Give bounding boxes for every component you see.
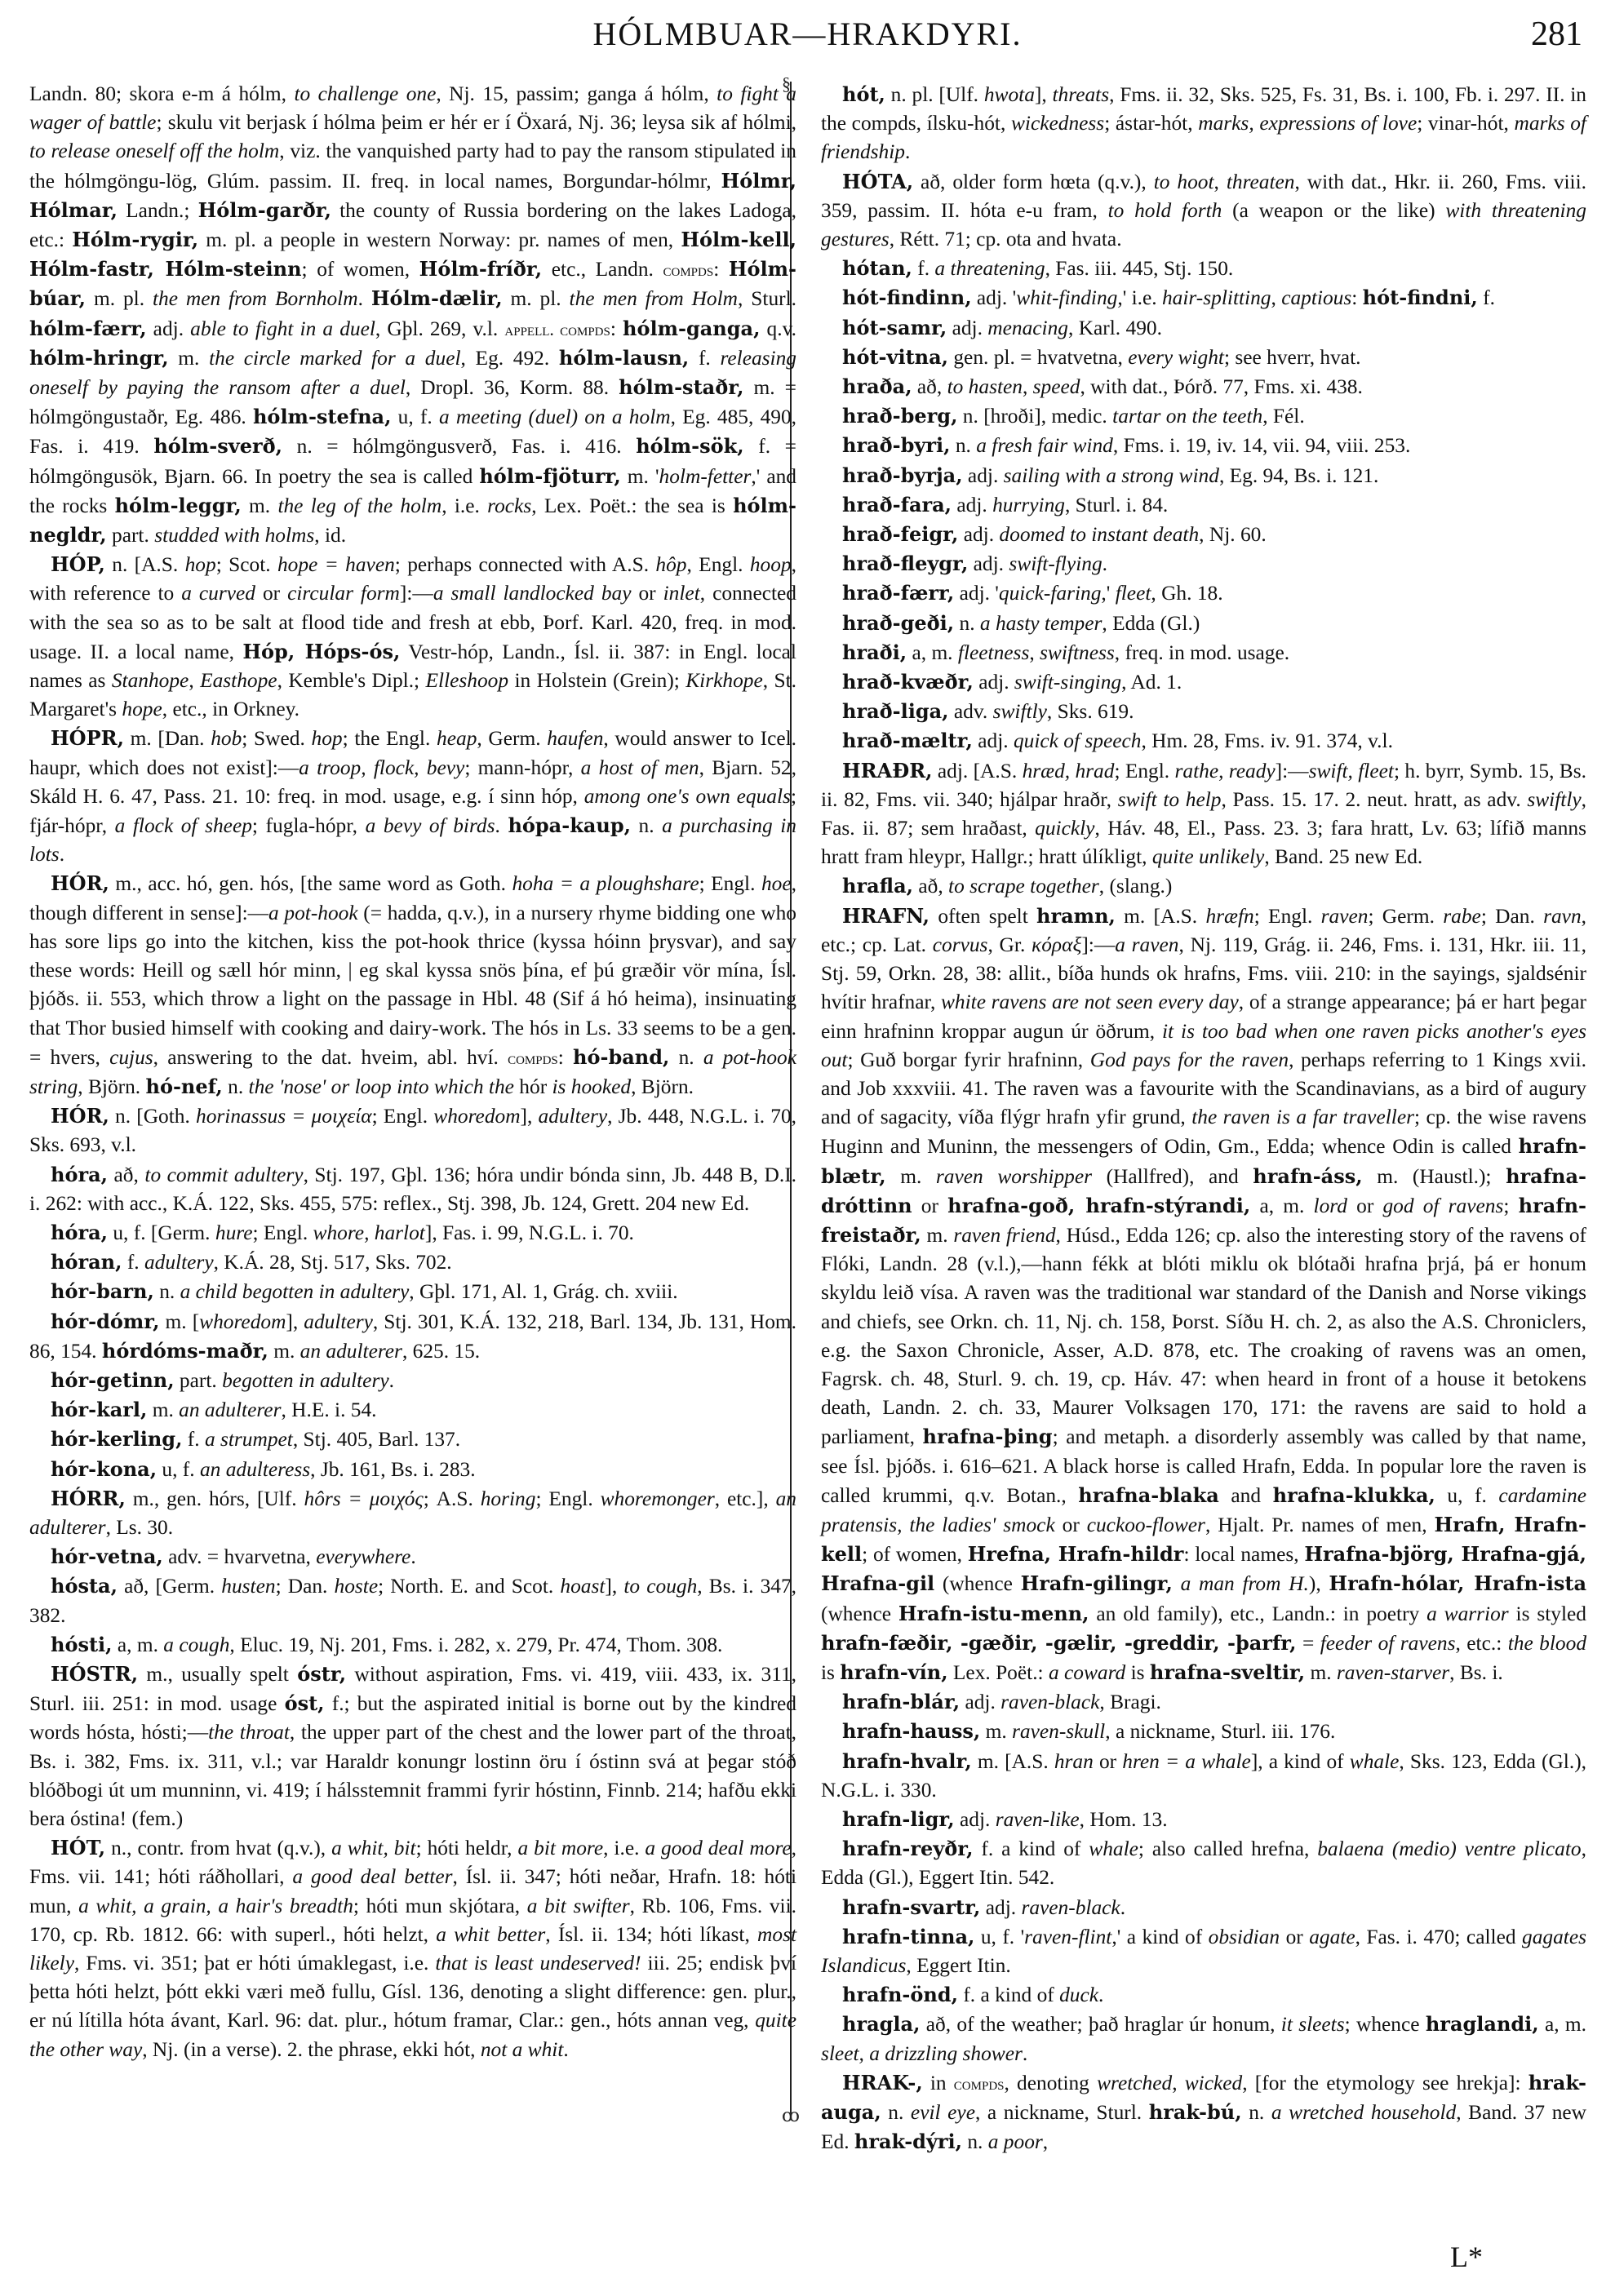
headword: hólm-hringr, [29,346,169,370]
definition-text: corvus [933,933,988,956]
definition-text: speed [1033,375,1080,398]
headword: hór-dómr, [51,1310,160,1333]
definition-text: a child begotten in adultery [180,1280,410,1303]
definition-text: hurrying [992,494,1065,516]
headword: hólm-færr, [29,317,147,340]
headword: hrafna-blaka [1078,1483,1219,1507]
headword: hólm-sverð, [153,434,282,458]
dictionary-entry: hrað-berg, n. [hroði], medic. tartar on … [821,401,1586,431]
entry-text: ; Germ. [1368,905,1443,928]
dictionary-entry: HÓP, n. [A.S. hop; Scot. hope = haven; p… [29,550,796,724]
entry-text: , Gþl. 171, Al. 1, Grág. ch. xviii. [409,1280,677,1303]
dictionary-entry: Landn. 80; skora e-m á hólm, to challeng… [29,80,796,550]
entry-text: ; Engl. [535,1487,600,1510]
entry-text: is styled [1509,1602,1586,1625]
entry-text: adj. [947,317,987,339]
entry-text: ; North. E. and Scot. [378,1575,560,1598]
headword: hrað-fleygr, [842,552,968,575]
definition-text: god of ravens [1382,1195,1503,1217]
entry-text: , Eluc. 19, Nj. 201, Fms. i. 282, x. 279… [229,1633,722,1656]
entry-text: f. [122,1251,144,1274]
definition-text: hoe [761,872,792,895]
headword: HÓT, [51,1836,105,1859]
dictionary-entry: hrafn-blár, adj. raven-black, Bragi. [821,1687,1586,1717]
entry-text: , freq. in mod. usage. [1115,641,1289,664]
definition-text: whore, harlot [313,1221,425,1244]
entry-text: m. [147,1398,179,1421]
definition-text: quite unlikely [1152,845,1264,868]
dictionary-entry: HRAÐR, adj. [A.S. hræd, hrad; Engl. rath… [821,756,1586,872]
entry-text: Landn.; [118,199,198,222]
entry-text: , H.E. i. 54. [281,1398,376,1421]
entry-text: ; Engl. [372,1105,434,1128]
headword: hrak-dýri, [854,2130,962,2153]
entry-text: . [389,1369,394,1392]
definition-text: is hooked [552,1075,632,1098]
entry-text: adv. = hvarvetna, [163,1545,317,1568]
entry-text: n. [881,2101,911,2124]
definition-text: captious [1281,286,1351,309]
definition-text: raven [1321,905,1369,928]
entry-text: . [905,140,910,163]
headword: hrafn-tinna, [842,1925,974,1948]
headword: hrað-kvæðr, [842,670,974,694]
definition-text: hôrs = μοιχός [304,1487,424,1510]
entry-text: an old family), etc., Landn.: in poetry [1089,1602,1427,1625]
definition-text: hoste [335,1575,379,1598]
dictionary-entry: hrað-mæltr, adj. quick of speech, Hm. 28… [821,726,1586,756]
entry-text: is [821,1661,840,1684]
entry-text: n. [154,1280,180,1303]
entry-text: compds [663,259,713,280]
headword: hó-nef, [146,1075,223,1098]
headword: hósta, [51,1574,118,1598]
definition-text: hwota [984,83,1035,106]
entry-text: q.v. [760,317,796,340]
dictionary-entry: hótan, f. a threatening, Fas. iii. 445, … [821,254,1586,283]
entry-text: n. [A.S. [105,553,185,576]
headword: hót, [842,82,885,106]
definition-text: not a whit [481,2038,564,2061]
entry-text: , id. [314,524,346,547]
definition-text: horing [481,1487,536,1510]
headword: hóran, [51,1250,122,1274]
definition-text: swift-singing [1014,671,1121,694]
entry-text: , Fas. iii. 445, Stj. 150. [1045,257,1234,280]
headword: hór-karl, [51,1398,147,1421]
definition-text: a man from H. [1181,1572,1309,1595]
headword: hramn, [1036,904,1116,928]
entry-text: . [1098,1984,1103,2006]
definition-text: a bevy of birds [366,814,495,837]
headword: hrafn-fæðir, -gæðir, -gælir, -greddir, -… [821,1631,1297,1655]
entry-text: appell. compds [504,319,610,339]
definition-text: haufen [547,727,603,750]
entry-text: m. [A.S. [972,1750,1054,1773]
definition-text: quickly [1035,817,1094,840]
entry-text: part. [107,524,155,547]
right-column: hót, n. pl. [Ulf. hwota], threats, Fms. … [821,80,1586,2156]
entry-text: ; Dan. [1481,905,1543,928]
headword: Hrafn-gilingr, [1021,1571,1173,1595]
definition-text: hob [211,727,242,750]
headword: hót-samr, [842,316,947,339]
entry-text: ], [521,1105,539,1128]
entry-text: , Fms. i. 19, iv. 14, vii. 94, viii. 253… [1113,434,1410,457]
definition-text: a good deal better [292,1865,452,1888]
entry-text: n. = hólmgöngusverð, Fas. i. 416. [282,435,636,458]
headword: hrað-mæltr, [842,729,973,752]
dictionary-entry: hrað-byrja, adj. sailing with a strong w… [821,461,1586,490]
entry-text: , Bragi. [1099,1691,1160,1713]
entry-text: , Fms. vi. 351; þat er hóti úmaklegast, … [74,1952,435,1975]
definition-text: whoremonger [601,1487,715,1510]
entry-text: . [60,843,64,866]
definition-text: hræfn [1205,905,1253,928]
headword: hólm-fjöturr, [479,464,620,488]
entry-text: , (slang.) [1099,875,1173,898]
headword: hrafna-klukka, [1273,1483,1435,1507]
definition-text: raven-starver [1337,1661,1449,1684]
entry-text: a, m. [113,1633,164,1656]
entry-text: f. a kind of [958,1984,1059,2006]
entry-text: in [923,2072,954,2094]
definition-text: whale [1350,1750,1400,1773]
entry-text: or [1347,1195,1383,1217]
entry-text: m. ' [621,465,659,488]
dictionary-entry: hrafn-svartr, adj. raven-black. [821,1893,1586,1922]
headword: HRAK-, [842,2071,923,2094]
definition-text: threaten [1227,171,1295,193]
entry-text: ; Dan. [276,1575,335,1598]
entry-text: , [1029,641,1040,664]
definition-text: rabe [1443,905,1481,928]
running-header: HÓLMBUAR—HRAKDYRI. 281 [0,15,1615,64]
headword: hólm-staðr, [619,375,743,399]
entry-text: m. [1305,1661,1337,1684]
entry-text: , Sturl. [738,287,796,310]
definition-text: tartar on the teeth [1112,405,1262,428]
definition-text: to scrape together [948,875,1099,898]
definition-text: a meeting (duel) on a holm [439,406,671,428]
entry-text: , Hjalt. Pr. names of men, [1205,1514,1435,1536]
entry-text: , etc., in Orkney. [162,698,299,720]
definition-text: whit-finding [1016,286,1117,309]
entry-text: , [189,669,200,692]
definition-text: wickedness [1011,112,1104,135]
headword: hraglandi, [1426,2012,1539,2036]
definition-text: whale [1089,1837,1138,1860]
entry-text: = [1297,1632,1320,1655]
entry-text: , a nickname, Sturl. [975,2101,1149,2124]
definition-text: a small landlocked bay [433,582,632,605]
entry-text: is [1125,1661,1150,1684]
definition-text: marks, expressions of love [1198,112,1417,135]
headword: hrafn-önd, [842,1983,958,2006]
dictionary-entry: hrað-byri, n. a fresh fair wind, Fms. i.… [821,431,1586,460]
entry-text: m. [268,1340,300,1363]
headword: HÓTA, [842,170,913,193]
entry-text: , Lex. Poët.: the sea is [531,494,733,517]
dictionary-entry: hór-kerling, f. a strumpet, Stj. 405, Ba… [29,1425,796,1454]
entry-text: part. [175,1369,223,1392]
headword: HRAFN, [842,904,930,928]
definition-text: the throat [208,1721,290,1744]
definition-text: hop [185,553,216,576]
entry-text: , 625. 15. [402,1340,480,1363]
definition-text: studded with holms [154,524,314,547]
dictionary-entry: hrað-liga, adv. swiftly, Sks. 619. [821,697,1586,726]
entry-text: or [1055,1514,1087,1536]
definition-text: swift-flying [1009,552,1102,575]
definition-text: swift, fleet [1309,760,1394,782]
entry-text: u, f. [157,1458,200,1481]
definition-text: a fresh fair wind [976,434,1113,457]
entry-text: að, [Germ. [118,1575,221,1598]
entry-text: ], a kind of [1251,1750,1350,1773]
definition-text: a whit, bit [331,1837,415,1859]
entry-text: m. [ [160,1310,200,1333]
definition-text: Elleshoop [426,669,509,692]
entry-text: , Ísl. ii. 134; hóti líkast, [545,1923,757,1946]
definition-text: an adulteress [200,1458,310,1481]
definition-text: whoredom [433,1105,520,1128]
dictionary-entry: hrafla, að, to scrape together, (slang.) [821,871,1586,901]
headword: hrað-fara, [842,493,952,516]
definition-text: hop [312,727,343,750]
entry-text: ; Engl. [699,872,761,895]
entry-text: n. [954,612,980,635]
entry-text: (whence [934,1572,1020,1595]
dictionary-entry: hrafn-hauss, m. raven-skull, a nickname,… [821,1717,1586,1746]
entry-text: ], [1035,83,1053,106]
entry-text: ; mann-hópr, [464,756,580,779]
headword: HÓP, [51,552,105,576]
dictionary-entry: hór-karl, m. an adulterer, H.E. i. 54. [29,1395,796,1425]
entry-text: n. [223,1075,249,1098]
entry-text: f. [912,257,935,280]
entry-text: adj. [974,671,1014,694]
entry-text: a, m. [1250,1195,1313,1217]
dictionary-entry: hrafn-tinna, u, f. 'raven-flint,' a kind… [821,1922,1586,1980]
entry-text: n. [631,814,662,837]
definition-text: duck [1059,1984,1098,2006]
entry-text: u, f. [1435,1484,1498,1507]
definition-text: horinassus = μοιχεία [196,1105,372,1128]
entry-text: . [1023,2042,1027,2065]
entry-text: adj. [955,1808,996,1831]
headword: hrafn-blár, [842,1690,960,1713]
headword: hrafn-reyðr, [842,1837,974,1860]
dictionary-entry: hrað-feigr, adj. doomed to instant death… [821,520,1586,549]
entry-text: ; [1503,1195,1518,1217]
definition-text: sleet, a drizzling shower [821,2042,1023,2065]
dictionary-entry: HÓT, n., contr. from hvat (q.v.), a whit… [29,1833,796,2064]
entry-text: ; see hverr, hvat. [1224,346,1360,369]
entry-text: often spelt [930,905,1036,928]
entry-text: , with dat., Þórð. 77, Fms. xi. 438. [1080,375,1362,398]
definition-text: to cough [623,1575,697,1598]
definition-text: cuckoo-flower [1087,1514,1205,1536]
definition-text: to commit adultery [144,1164,303,1186]
entry-text: u, f. [Germ. [108,1221,215,1244]
entry-text: adj. [963,464,1004,487]
dictionary-entry: hór-barn, n. a child begotten in adulter… [29,1277,796,1306]
entry-text: , Fas. i. 470; called [1355,1926,1522,1948]
entry-text: m. [921,1224,954,1247]
headword: HÓSTR, [51,1662,138,1686]
definition-text: wretched [1097,2072,1172,2094]
entry-text: , a nickname, Sturl. iii. 176. [1105,1720,1335,1743]
definition-text: inlet [663,582,700,605]
dictionary-entry: hrað-geði, n. a hasty temper, Edda (Gl.) [821,609,1586,638]
headword: HÓR, [51,1104,109,1128]
entry-text: : [610,317,623,340]
definition-text: a bit swifter [527,1895,630,1917]
definition-text: a cough [163,1633,229,1656]
headword: hraða, [842,375,912,398]
headword: hóra, [51,1163,108,1186]
entry-text: , etc.], [715,1487,776,1510]
headword: hrafn-svartr, [842,1895,980,1919]
headword: hrað-færr, [842,581,954,605]
entry-text: ; fugla-hópr, [252,814,366,837]
dictionary-entry: HÓTA, að, older form hœta (q.v.), to hoo… [821,167,1586,255]
entry-text: , Sks. 619. [1047,700,1134,723]
headword: hólm-stefna, [253,405,391,428]
entry-text: adj. [980,1896,1021,1919]
definition-text: a bit more [517,1837,603,1859]
entry-text: . [1120,1896,1125,1919]
headword: hólm-sök, [636,434,743,458]
entry-text: , answering to the dat. hveim, abl. hví. [153,1046,508,1069]
entry-text: ,' i.e. [1117,286,1162,309]
definition-text: sailing with a strong wind [1004,464,1219,487]
definition-text: the blood [1508,1632,1586,1655]
entry-text: , Band. 25 new Ed. [1264,845,1422,868]
dictionary-entry: HÓR, m., acc. hó, gen. hós, [the same wo… [29,869,796,1101]
entry-text: m. pl. a people in western Norway: pr. n… [198,228,681,251]
definition-text: a strumpet [205,1428,293,1451]
headword: hrað-byri, [842,433,950,457]
dictionary-entry: hraði, a, m. fleetness, swiftness, freq.… [821,638,1586,667]
entry-text: , Nj. 60. [1199,523,1267,546]
entry-text: , Hm. 28, Fms. iv. 91. 374, v.l. [1141,729,1392,752]
entry-text: gen. pl. = hvatvetna, [948,346,1128,369]
entry-text: adj. [968,552,1009,575]
definition-text: hoha = a ploughshare [512,872,699,895]
entry-text: adj. [960,1691,1001,1713]
entry-text: ; Swed. [242,727,311,750]
dictionary-entry: hór-vetna, adv. = hvarvetna, everywhere. [29,1542,796,1571]
headword: óst, [285,1691,325,1715]
dictionary-entry: HRAK-, in compds, denoting wretched, wic… [821,2068,1586,2157]
entry-text: ,' [1101,582,1115,605]
entry-text: , Sturl. i. 84. [1065,494,1168,516]
entry-text: , K.Á. 28, Stj. 517, Sks. 702. [214,1251,452,1274]
definition-text: husten [221,1575,275,1598]
entry-text: compds [954,2073,1005,2094]
definition-text: raven-like [996,1808,1080,1831]
definition-text: God pays for the raven [1090,1048,1289,1071]
dictionary-entry: hór-getinn, part. begotten in adultery. [29,1366,796,1395]
definition-text: hoast [560,1575,605,1598]
entry-text: , Dropl. 36, Korm. 88. [406,376,619,399]
headword: hópa-kaup, [508,813,631,837]
entry-text: , Ls. 30. [106,1516,174,1539]
definition-text: hôp [655,553,686,576]
entry-text: , Eggert Itin. [906,1954,1010,1977]
definition-text: a threatening [934,257,1045,280]
entry-text: n. [Goth. [109,1105,196,1128]
dictionary-entry: hóra, u, f. [Germ. hure; Engl. whore, ha… [29,1218,796,1248]
headword: hrað-liga, [842,699,949,723]
definition-text: a troop, flock, bevy [299,756,464,779]
headword: Hóp, Hóps-ós, [242,640,400,663]
definition-text: to challenge one [294,82,436,105]
entry-text: . [495,814,508,837]
left-column: Landn. 80; skora e-m á hólm, to challeng… [29,80,796,2064]
dictionary-entry: hót-findinn, adj. 'whit-finding,' i.e. h… [821,283,1586,312]
definition-text: hope [122,698,162,720]
entry-text: , Pass. 15. 17. 2. neut. hratt, as adv. [1221,788,1527,811]
entry-text: or [255,582,287,605]
entry-text: að, [108,1164,144,1186]
definition-text: whoredom [199,1310,286,1333]
definition-text: feeder of ravens [1320,1632,1456,1655]
dictionary-entry: hóra, að, to commit adultery, Stj. 197, … [29,1160,796,1218]
dictionary-entry: HRAFN, often spelt hramn, m. [A.S. hræfn… [821,902,1586,1687]
entry-text: , [1172,2072,1185,2094]
entry-text: , Gr. [987,933,1032,956]
entry-text: , Fél. [1262,405,1305,428]
entry-text: or [632,582,663,605]
dictionary-entry: hrað-fara, adj. hurrying, Sturl. i. 84. [821,490,1586,520]
headword: hólm-leggr, [115,494,242,517]
definition-text: to hoot [1154,171,1214,193]
entry-text: að, [913,875,948,898]
headword: hórdóms-maðr, [102,1339,268,1363]
entry-text: ], Fas. i. 99, N.G.L. i. 70. [425,1221,634,1244]
headword: Hrafn-hólar, Hrafn-ista [1329,1571,1586,1595]
definition-text: doomed to instant death [999,523,1199,546]
headword: hrað-berg, [842,404,957,428]
headword: hrafna-sveltir, [1150,1660,1305,1684]
entry-text: Lex. Poët.: [948,1661,1049,1684]
headword: hór-vetna, [51,1545,163,1568]
entry-text: , Nj. (in a verse). 2. the phrase, ekki … [142,2038,481,2061]
definition-text: ravn [1543,905,1582,928]
definition-text: it sleets [1281,2013,1345,2036]
definition-text: white ravens are not seen every day [941,991,1239,1013]
entry-text: adj. [958,523,999,546]
headword: HÓR, [51,871,109,895]
headword: hrafna-goð, hrafn-stýrandi, [947,1194,1250,1217]
definition-text: swiftly [993,700,1047,723]
definition-text: holm-fetter [659,465,752,488]
headword: hót-vitna, [842,345,948,369]
entry-text: . [410,1545,415,1568]
entry-text: , Karl. 490. [1068,317,1162,339]
entry-text: ; hóti heldr, [416,1837,518,1859]
entry-text: compds [508,1048,558,1068]
definition-text: adultery [144,1251,214,1274]
entry-text: (a weapon or the like) [1222,199,1445,222]
entry-text: , Nj. 15, passim; ganga á hólm, [436,82,717,105]
entry-text: , Gþl. 269, v.l. [375,317,504,340]
dictionary-entry: hót, n. pl. [Ulf. hwota], threats, Fms. … [821,80,1586,167]
entry-text: a, m. [1539,2013,1586,2036]
